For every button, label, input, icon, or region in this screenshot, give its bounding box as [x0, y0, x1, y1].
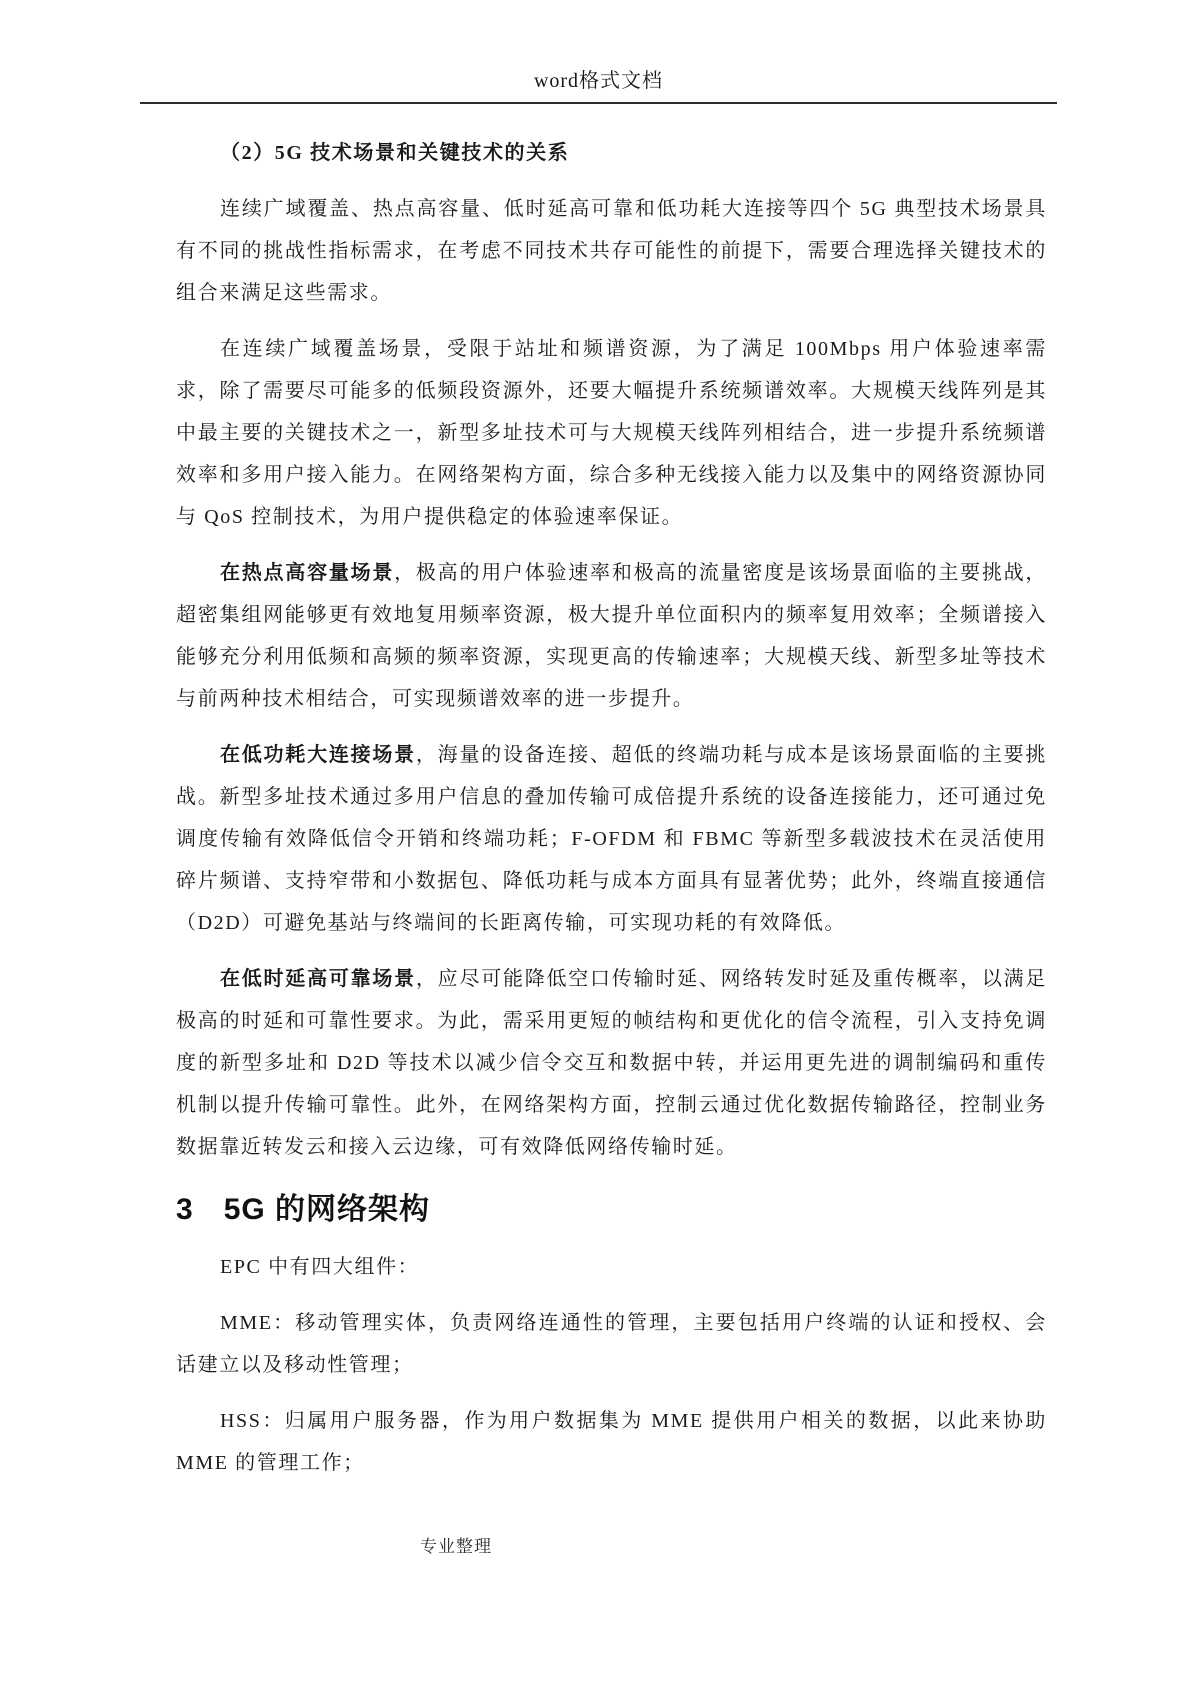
paragraph-hss-definition: HSS：归属用户服务器，作为用户数据集为 MME 提供用户相关的数据，以此来协助… — [176, 1400, 1047, 1484]
section-number: 3 — [176, 1193, 194, 1226]
paragraph-hotspot-capacity: 在热点高容量场景，极高的用户体验速率和极高的流量密度是该场景面临的主要挑战，超密… — [176, 552, 1047, 720]
scenario-hotspot-text: ，极高的用户体验速率和极高的流量密度是该场景面临的主要挑战，超密集组网能够更有效… — [176, 562, 1047, 710]
scenario-low-latency-lead: 在低时延高可靠场景 — [220, 968, 416, 990]
paragraph-low-power-connection: 在低功耗大连接场景，海量的设备连接、超低的终端功耗与成本是该场景面临的主要挑战。… — [176, 734, 1047, 944]
section-heading-5g-architecture: 35G 的网络架构 — [176, 1188, 1047, 1232]
page-header: word格式文档 — [140, 0, 1057, 94]
scenario-hotspot-lead: 在热点高容量场景 — [220, 562, 394, 584]
document-page: word格式文档 （2）5G 技术场景和关键技术的关系 连续广域覆盖、热点高容量… — [0, 0, 1191, 1684]
subsection-heading: （2）5G 技术场景和关键技术的关系 — [176, 132, 1047, 174]
header-title: word格式文档 — [534, 70, 663, 92]
document-body: （2）5G 技术场景和关键技术的关系 连续广域覆盖、热点高容量、低时延高可靠和低… — [176, 132, 1047, 1484]
footer-text: 专业整理 — [420, 1537, 492, 1556]
paragraph-mme-definition: MME：移动管理实体，负责网络连通性的管理，主要包括用户终端的认证和授权、会话建… — [176, 1302, 1047, 1386]
page-footer: 专业整理 — [420, 1532, 492, 1557]
scenario-low-power-text: ，海量的设备连接、超低的终端功耗与成本是该场景面临的主要挑战。新型多址技术通过多… — [176, 744, 1047, 934]
scenario-low-power-lead: 在低功耗大连接场景 — [220, 744, 416, 766]
header-divider — [140, 102, 1057, 104]
scenario-low-latency-text: ，应尽可能降低空口传输时延、网络转发时延及重传概率，以满足极高的时延和可靠性要求… — [176, 968, 1047, 1158]
paragraph-epc-intro: EPC 中有四大组件： — [176, 1246, 1047, 1288]
paragraph-scenario-overview: 连续广域覆盖、热点高容量、低时延高可靠和低功耗大连接等四个 5G 典型技术场景具… — [176, 188, 1047, 314]
paragraph-low-latency-reliable: 在低时延高可靠场景，应尽可能降低空口传输时延、网络转发时延及重传概率，以满足极高… — [176, 958, 1047, 1168]
paragraph-continuous-coverage: 在连续广域覆盖场景，受限于站址和频谱资源，为了满足 100Mbps 用户体验速率… — [176, 328, 1047, 538]
section-title: 5G 的网络架构 — [224, 1193, 430, 1226]
